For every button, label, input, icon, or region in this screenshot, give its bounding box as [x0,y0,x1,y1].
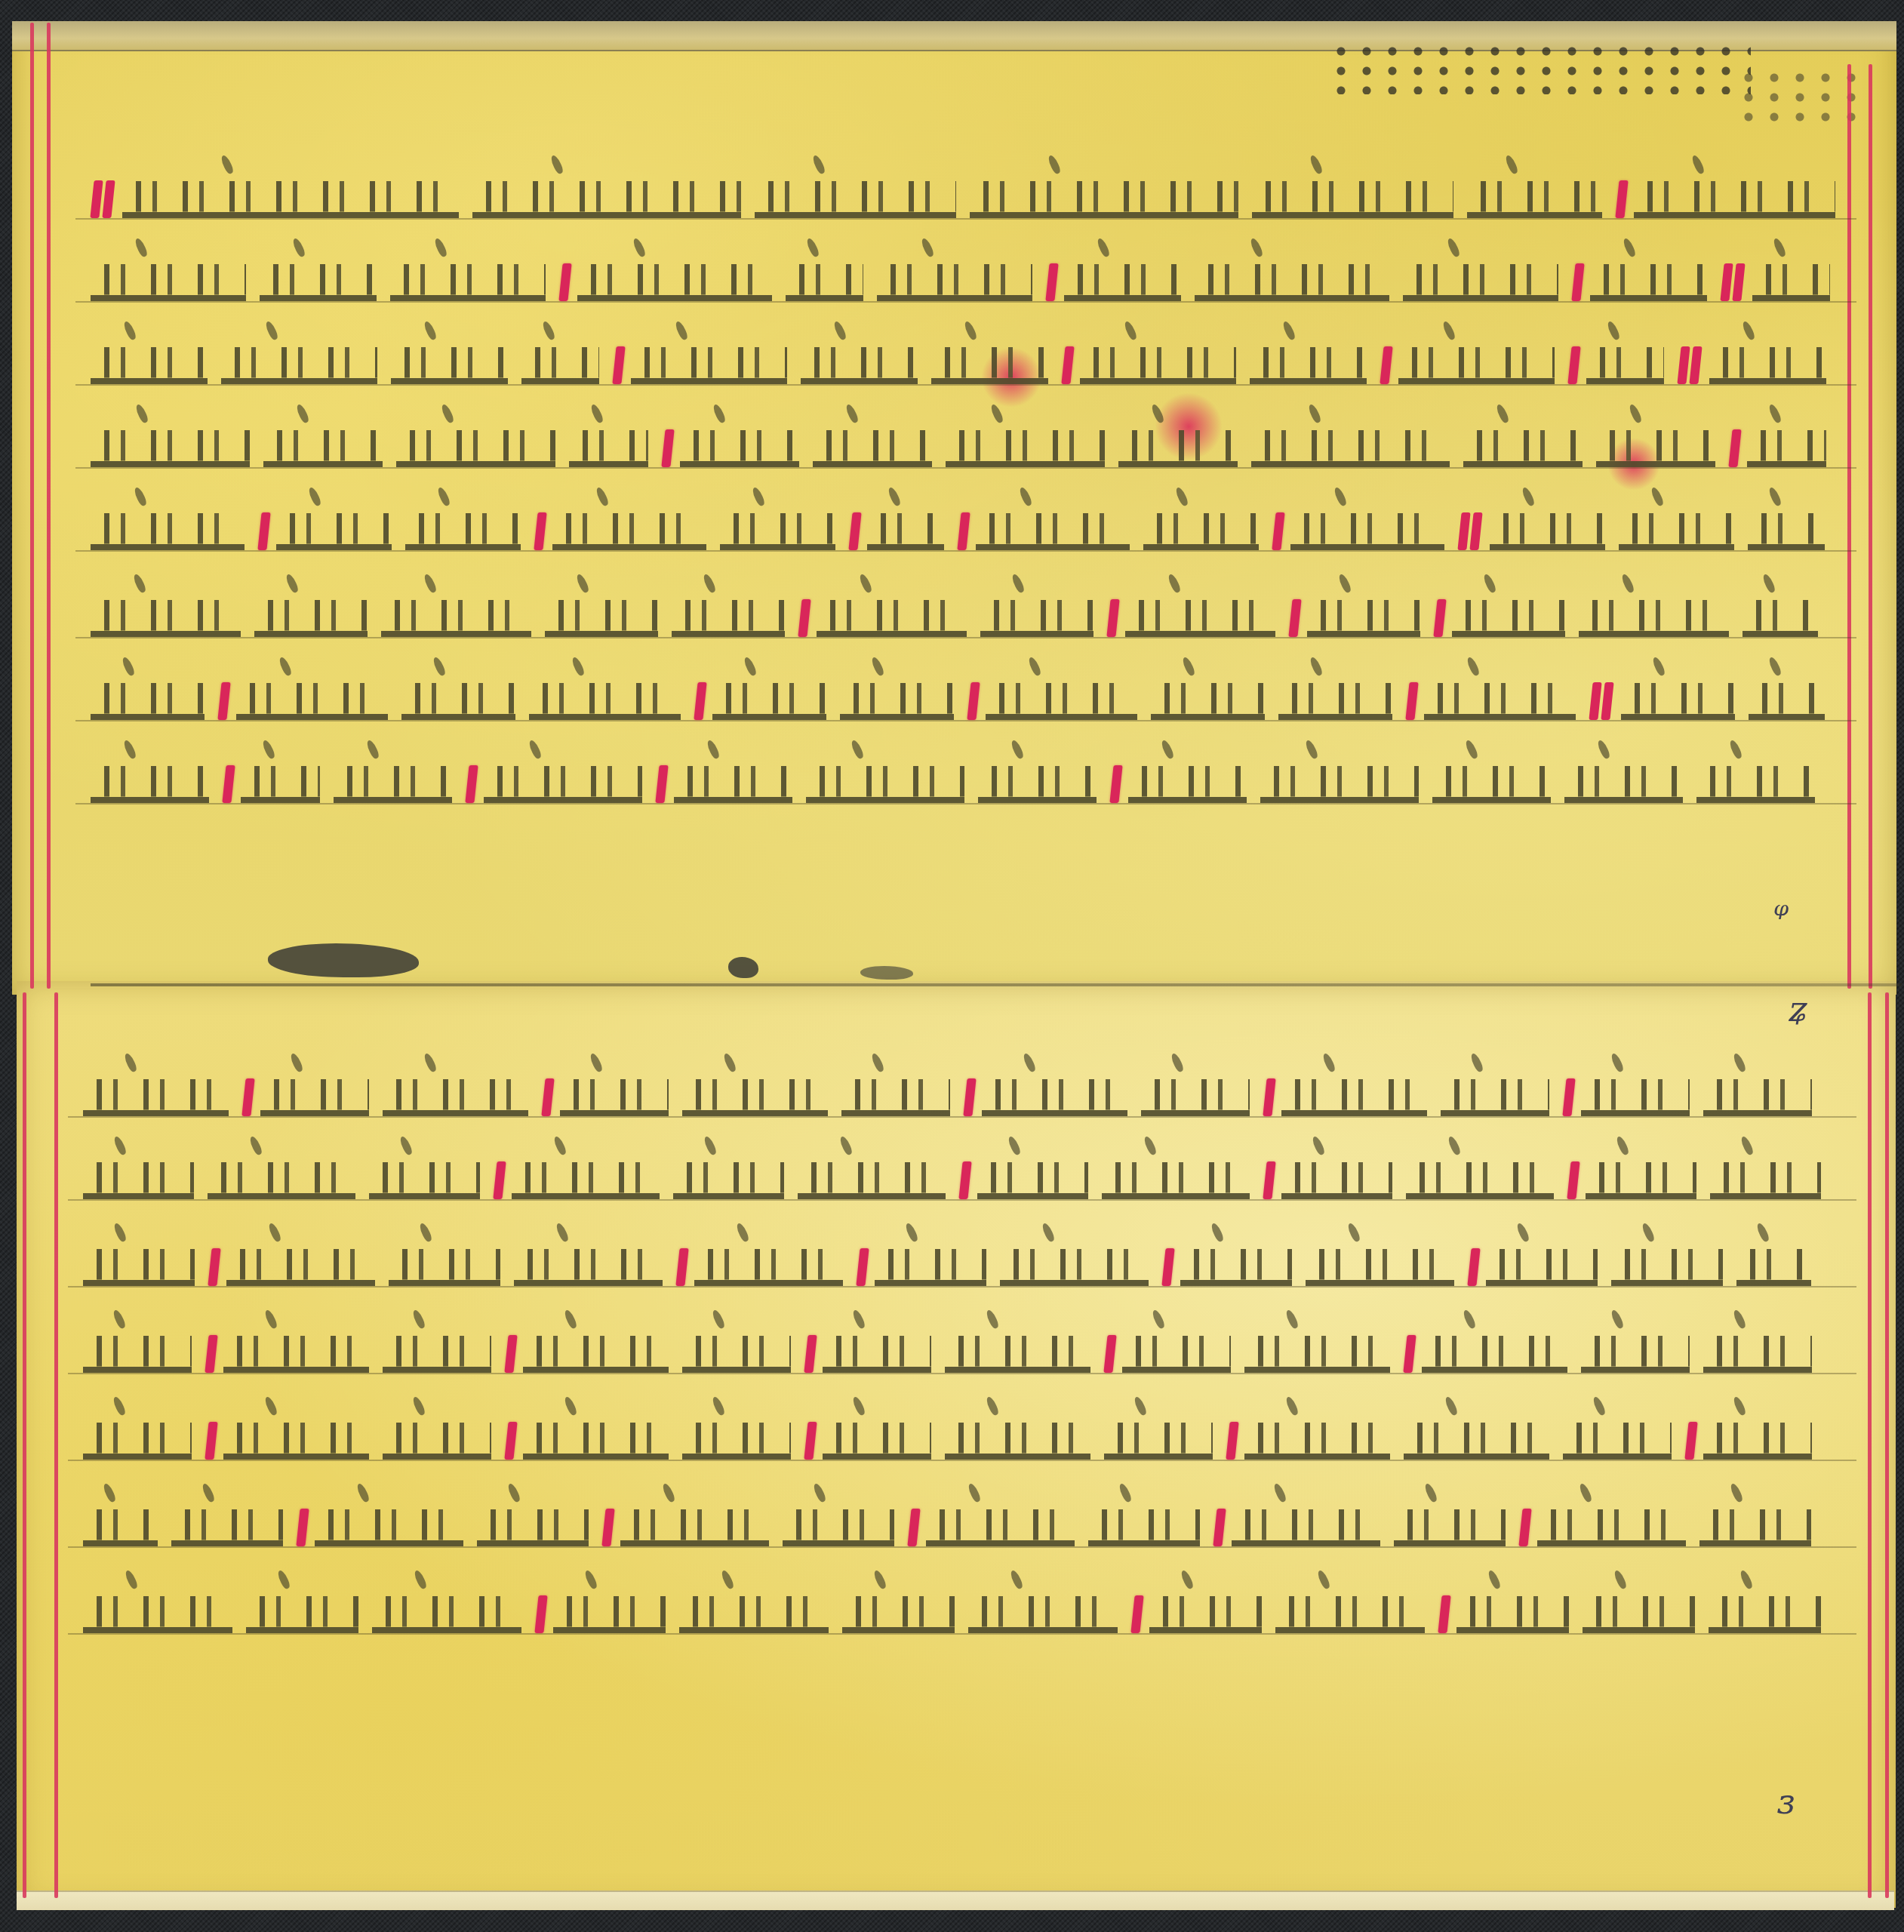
script-word [1252,168,1453,218]
script-word [1490,500,1605,550]
script-word [122,168,459,218]
danda-mark [848,512,861,550]
mold-spots [1736,68,1872,128]
ruled-guide-line [68,1286,1856,1287]
script-word [1000,1236,1149,1286]
script-word [369,1149,480,1199]
script-word [801,334,918,384]
danda-mark [241,1078,254,1116]
script-word [223,1410,369,1460]
script-word [1141,1066,1250,1116]
script-word [867,500,944,550]
manuscript-line [91,245,1849,301]
danda-mark [1403,1335,1416,1373]
ruled-guide-line [75,218,1856,220]
script-word [1398,334,1555,384]
script-word [1581,1066,1690,1116]
script-word [405,500,521,550]
danda-mark [1161,1248,1174,1286]
script-word [91,334,208,384]
ruled-guide-line [75,720,1856,721]
script-word [523,1410,669,1460]
danda-mark [1106,599,1119,637]
script-word [620,1497,769,1546]
danda-mark [222,765,235,803]
ruled-guide-line [75,384,1856,386]
script-word [83,1410,192,1460]
script-word [83,1066,229,1116]
danda-mark [1467,1248,1480,1286]
ruled-guide-line [68,1116,1856,1118]
script-word [91,753,209,803]
script-word [682,1410,791,1460]
danda-mark [675,1248,688,1286]
danda-mark [856,1248,869,1286]
script-word [390,251,546,301]
danda-mark [1263,1078,1275,1116]
script-word [1583,1583,1695,1633]
script-word [674,753,792,803]
danda-mark [205,1335,217,1373]
script-word [477,1497,589,1546]
danda-mark [541,1078,554,1116]
ruled-guide-line [75,803,1856,804]
script-word [926,1497,1075,1546]
manuscript-line [83,1230,1849,1286]
script-word [1281,1149,1392,1199]
script-word [577,251,772,301]
danda-mark [661,429,674,467]
script-word [631,334,787,384]
manuscript-line [83,1317,1849,1373]
script-word [712,670,826,720]
script-word [673,1149,784,1199]
script-word [1696,753,1815,803]
script-word [91,500,245,550]
script-word [1403,251,1558,301]
border-rule-left-inner-lower [54,992,58,1898]
script-word [260,251,377,301]
script-word [553,1583,666,1633]
script-word [1104,1410,1213,1460]
script-word [560,1066,669,1116]
danda-mark [465,765,478,803]
danda-mark [1288,599,1301,637]
script-word [372,1583,521,1633]
script-word [1467,168,1602,218]
manuscript-line [91,747,1849,803]
danda-mark [504,1422,517,1460]
script-word [1710,1149,1821,1199]
danda-mark [804,1335,817,1373]
danda-mark [1061,346,1074,384]
script-word [806,753,964,803]
script-word [1080,334,1236,384]
script-word [1611,1236,1723,1286]
script-word [1404,1410,1549,1460]
script-word [1586,1149,1696,1199]
ink-blot [728,957,758,978]
danda-mark [534,1595,547,1633]
script-word [783,1497,894,1546]
script-word [521,334,599,384]
script-word [978,753,1097,803]
border-rule-right-inner-lower [1868,992,1872,1898]
danda-mark [1263,1161,1275,1199]
script-word [1432,753,1551,803]
script-word [545,587,658,637]
script-word [263,417,383,467]
script-word [552,500,706,550]
script-word [1586,334,1664,384]
danda-mark [493,1161,506,1199]
danda-mark [205,1422,217,1460]
script-word [246,1583,358,1633]
script-word [514,1236,663,1286]
danda-mark [1567,346,1580,384]
script-word [223,1323,369,1373]
script-word [986,670,1137,720]
script-word [484,753,642,803]
script-word [1306,1236,1454,1286]
script-word [841,1066,950,1116]
danda-mark [1045,263,1058,301]
script-word [1122,1323,1231,1373]
script-word [1128,753,1247,803]
script-word [1456,1583,1569,1633]
danda-mark [1438,1595,1450,1633]
danda-mark [804,1422,817,1460]
script-word [1709,334,1826,384]
script-word [383,1066,528,1116]
script-word [381,587,531,637]
border-rule-right-outer-lower [1885,992,1889,1898]
script-word [91,587,241,637]
ink-blot [860,966,913,980]
script-word [1563,1410,1672,1460]
script-word [840,670,954,720]
manuscript-line [83,1404,1849,1460]
script-word [1486,1236,1598,1286]
border-rule-left-outer [30,23,34,989]
script-word [1749,670,1825,720]
script-word [976,500,1130,550]
script-word [823,1323,931,1373]
double-danda-mark [1457,512,1470,550]
script-word [1537,1497,1686,1546]
script-word [91,417,250,467]
script-word [472,168,741,218]
double-danda-mark [1677,346,1690,384]
danda-mark [963,1078,976,1116]
script-word [1394,1497,1506,1546]
script-word [1251,417,1450,467]
danda-mark [967,682,980,720]
script-word [83,1497,158,1546]
script-word [1703,1410,1812,1460]
manuscript-line [83,1060,1849,1116]
manuscript-line [83,1491,1849,1546]
script-word [980,587,1093,637]
script-word [1118,417,1238,467]
manuscript-line [91,328,1849,384]
script-word [1736,1236,1811,1286]
script-word [1088,1497,1200,1546]
script-word [1579,587,1729,637]
script-word [786,251,863,301]
script-word [1151,670,1265,720]
script-word [512,1149,660,1199]
script-word [383,1323,491,1373]
pencil-annotation-upper: ᵠ [1773,894,1789,935]
manuscript-line [91,411,1849,467]
ruled-guide-line [68,1373,1856,1374]
danda-mark [1103,1335,1116,1373]
script-word [1424,670,1576,720]
danda-mark [1571,263,1584,301]
script-word [171,1497,283,1546]
ruled-guide-line [68,1546,1856,1548]
page-fold [91,983,1902,986]
script-word [1232,1497,1380,1546]
danda-mark [694,682,706,720]
script-word [1195,251,1389,301]
script-word [569,417,648,467]
script-word [1564,753,1683,803]
danda-mark [1567,1161,1579,1199]
script-word [1619,500,1734,550]
ruled-guide-line [75,467,1856,469]
danda-mark [534,512,546,550]
script-word [226,1236,375,1286]
double-danda-mark [1589,682,1601,720]
script-word [208,1149,355,1199]
script-word [1452,587,1565,637]
script-word [720,500,835,550]
danda-mark [504,1335,517,1373]
danda-mark [655,765,668,803]
danda-mark [1272,512,1284,550]
danda-mark [1615,180,1628,218]
script-word [401,670,515,720]
script-word [241,753,320,803]
script-word [1125,587,1275,637]
script-word [813,417,932,467]
script-word [1743,587,1818,637]
manuscript-line [83,1577,1849,1633]
script-word [260,1066,369,1116]
script-word [946,417,1105,467]
script-word [1581,1323,1690,1373]
script-word [391,334,508,384]
ruled-guide-line [75,301,1856,303]
script-word [221,334,377,384]
script-word [1703,1323,1812,1373]
script-word [680,417,799,467]
danda-mark [612,346,625,384]
script-word [1278,670,1392,720]
script-word [1406,1149,1554,1199]
script-word [877,251,1032,301]
script-word [970,168,1238,218]
danda-mark [601,1509,614,1546]
danda-mark [257,512,270,550]
script-word [945,1323,1090,1373]
script-word [83,1323,192,1373]
script-word [83,1583,232,1633]
ruled-guide-line [68,1199,1856,1201]
script-word [823,1410,931,1460]
pencil-annotation-fold: ʑ [1789,989,1808,1029]
script-word [1244,1410,1390,1460]
script-word [1703,1066,1812,1116]
double-danda-mark [90,180,103,218]
script-word [672,587,785,637]
danda-mark [798,599,811,637]
danda-mark [1728,429,1741,467]
mold-spots [1328,42,1751,94]
ruled-guide-line [68,1633,1856,1635]
ruled-guide-line [75,637,1856,638]
manuscript-line [91,664,1849,720]
script-word [236,670,388,720]
script-word [817,587,967,637]
danda-mark [296,1509,309,1546]
script-word [383,1410,491,1460]
danda-mark [1226,1422,1238,1460]
script-word [1596,417,1715,467]
danda-mark [558,263,571,301]
script-word [1290,500,1444,550]
script-word [91,670,205,720]
double-danda-mark [1720,263,1733,301]
script-word [1634,168,1835,218]
danda-mark [208,1248,220,1286]
script-word [389,1236,500,1286]
script-word [1260,753,1419,803]
border-rule-left-outer-lower [23,992,26,1898]
border-rule-right-outer [1869,64,1872,989]
script-word [945,1410,1090,1460]
danda-mark [1518,1509,1531,1546]
script-word [968,1583,1118,1633]
manuscript-line [83,1143,1849,1199]
script-word [1244,1323,1390,1373]
manuscript-line [91,494,1849,550]
script-word [682,1323,791,1373]
script-word [1747,417,1826,467]
script-word [1422,1323,1567,1373]
script-word [529,670,681,720]
pencil-annotation-lower: ɜ [1777,1781,1795,1822]
script-word [83,1149,194,1199]
script-word [1281,1066,1427,1116]
danda-mark [217,682,230,720]
danda-mark [957,512,970,550]
script-word [931,334,1048,384]
danda-mark [1380,346,1392,384]
border-rule-left-inner [47,23,51,989]
script-word [276,500,392,550]
danda-mark [1684,1422,1697,1460]
script-word [1748,500,1825,550]
danda-mark [907,1509,920,1546]
ruled-guide-line [75,550,1856,552]
script-word [1590,251,1707,301]
script-word [334,753,452,803]
script-word [842,1583,955,1633]
danda-mark [1562,1078,1575,1116]
danda-mark [1213,1509,1226,1546]
script-word [798,1149,946,1199]
script-word [1250,334,1367,384]
manuscript-line [91,581,1849,637]
script-word [523,1323,669,1373]
script-word [982,1066,1127,1116]
script-word [1752,251,1830,301]
script-word [977,1149,1088,1199]
script-word [396,417,555,467]
script-word [83,1236,195,1286]
script-word [1699,1497,1811,1546]
manuscript-line [91,162,1849,218]
script-word [1307,587,1420,637]
leaf-bottom-edge [17,1890,1894,1910]
script-word [1102,1149,1250,1199]
script-word [91,251,246,301]
script-word [315,1497,463,1546]
ruled-guide-line [68,1460,1856,1461]
script-word [694,1236,843,1286]
script-word [679,1583,829,1633]
script-word [1149,1583,1262,1633]
script-word [1064,251,1181,301]
script-word [1463,417,1583,467]
danda-mark [1433,599,1446,637]
danda-mark [1130,1595,1143,1633]
danda-mark [1109,765,1122,803]
script-word [875,1236,986,1286]
script-word [682,1066,828,1116]
danda-mark [958,1161,971,1199]
script-word [1709,1583,1821,1633]
script-word [1621,670,1735,720]
script-word [1143,500,1259,550]
script-word [254,587,368,637]
script-word [755,168,956,218]
danda-mark [1405,682,1418,720]
script-word [1275,1583,1425,1633]
script-word [1441,1066,1549,1116]
script-word [1180,1236,1292,1286]
